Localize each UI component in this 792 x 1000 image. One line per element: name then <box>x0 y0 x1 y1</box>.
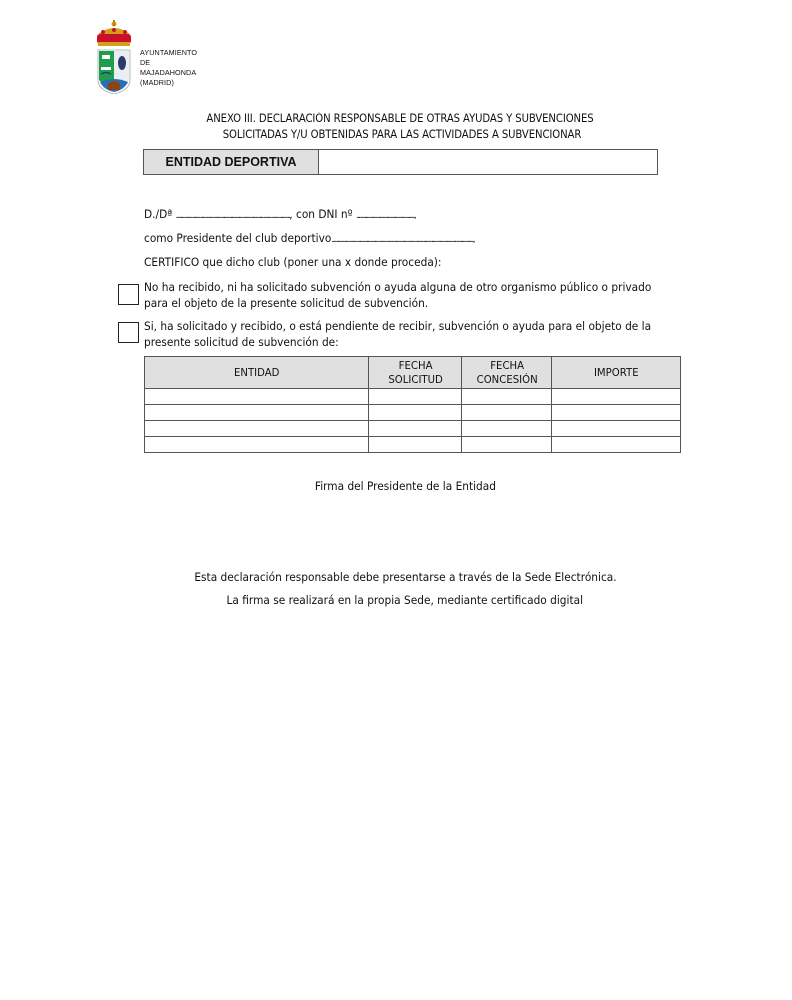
cell-importe[interactable] <box>552 437 681 453</box>
dni-blank[interactable]: ........................................… <box>356 211 415 221</box>
header-importe: IMPORTE <box>552 357 681 389</box>
cell-entidad[interactable] <box>145 421 369 437</box>
declarant-name-line: D./Dª ..................................… <box>144 207 415 221</box>
cell-fecha-concesion[interactable] <box>462 437 552 453</box>
cell-entidad[interactable] <box>145 405 369 421</box>
cell-fecha-solicitud[interactable] <box>369 405 462 421</box>
cell-fecha-solicitud[interactable] <box>369 389 462 405</box>
signature-label: Firma del Presidente de la Entidad <box>0 479 792 493</box>
document-title-line-1: ANEXO III. DECLARACIÓN RESPONSABLE DE OT… <box>58 112 742 125</box>
cell-fecha-concesion[interactable] <box>462 389 552 405</box>
name-blank[interactable]: ........................................… <box>176 211 290 221</box>
club-blank[interactable]: ........................................… <box>331 235 474 245</box>
declarant-prefix: D./Dª <box>144 207 172 221</box>
club-line: como Presidente del club deportivo......… <box>144 231 474 245</box>
certify-text: CERTIFICO que dicho club (poner una x do… <box>144 255 442 269</box>
org-line: MAJADAHONDA <box>140 68 197 78</box>
cell-fecha-concesion[interactable] <box>462 405 552 421</box>
header-entidad: ENTIDAD <box>145 357 369 389</box>
table-header-row: ENTIDAD FECHASOLICITUD FECHACONCESIÓN IM… <box>145 357 681 389</box>
cell-fecha-solicitud[interactable] <box>369 437 462 453</box>
table-row <box>145 437 681 453</box>
org-line: (MADRID) <box>140 78 197 88</box>
coat-of-arms-icon <box>94 20 134 94</box>
org-line: DE <box>140 58 197 68</box>
org-name: AYUNTAMIENTO DE MAJADAHONDA (MADRID) <box>140 48 197 88</box>
cell-entidad[interactable] <box>145 437 369 453</box>
entidad-deportiva-label: ENTIDAD DEPORTIVA <box>144 150 319 174</box>
cell-fecha-solicitud[interactable] <box>369 421 462 437</box>
option-received-checkbox[interactable] <box>118 322 139 343</box>
footer-note-1: Esta declaración responsable debe presen… <box>0 570 792 584</box>
table-row <box>145 421 681 437</box>
president-label: como Presidente del club deportivo <box>144 231 331 245</box>
table-row <box>145 389 681 405</box>
org-line: AYUNTAMIENTO <box>140 48 197 58</box>
entidad-deportiva-input[interactable] <box>319 150 657 174</box>
document-title-line-2: SOLICITADAS Y/U OBTENIDAS PARA LAS ACTIV… <box>60 128 744 141</box>
dni-label: , con DNI nº <box>289 207 352 221</box>
header-fecha-concesion: FECHACONCESIÓN <box>462 357 552 389</box>
option-no-received-text: No ha recibido, ni ha solicitado subvenc… <box>144 279 678 311</box>
entidad-deportiva-field: ENTIDAD DEPORTIVA <box>143 149 658 175</box>
option-no-received-checkbox[interactable] <box>118 284 139 305</box>
header-fecha-solicitud: FECHASOLICITUD <box>369 357 462 389</box>
cell-importe[interactable] <box>552 389 681 405</box>
table-row <box>145 405 681 421</box>
cell-importe[interactable] <box>552 421 681 437</box>
subsidies-table: ENTIDAD FECHASOLICITUD FECHACONCESIÓN IM… <box>144 356 681 453</box>
cell-fecha-concesion[interactable] <box>462 421 552 437</box>
option-received-text: Si, ha solicitado y recibido, o está pen… <box>144 318 678 350</box>
cell-importe[interactable] <box>552 405 681 421</box>
footer-note-2: La firma se realizará en la propia Sede,… <box>0 593 792 607</box>
cell-entidad[interactable] <box>145 389 369 405</box>
